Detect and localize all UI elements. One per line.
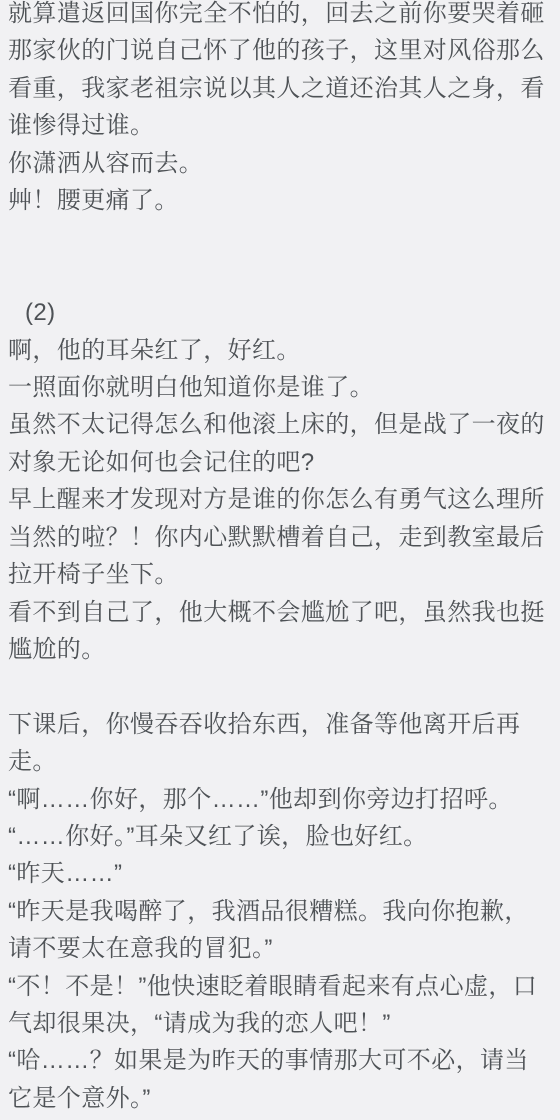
reading-content: 就算遣返回国你完全不怕的，回去之前你要哭着砸那家伙的门说自己怀了他的孩子，这里对… [0,0,560,1117]
paragraph: 啊，他的耳朵红了，好红。 [8,332,552,369]
paragraph: 一照面你就明白他知道你是谁了。 [8,369,552,406]
paragraph: “啊……你好，那个……”他却到你旁边打招呼。 [8,781,552,818]
paragraph: “不！不是！”他快速眨着眼睛看起来有点心虚，口气却很果决，“请成为我的恋人吧！” [8,968,552,1043]
reader-page: 就算遣返回国你完全不怕的，回去之前你要哭着砸那家伙的门说自己怀了他的孩子，这里对… [0,0,560,1120]
paragraph: 下课后，你慢吞吞收拾东西，准备等他离开后再走。 [8,706,552,781]
paragraph: 就算遣返回国你完全不怕的，回去之前你要哭着砸那家伙的门说自己怀了他的孩子，这里对… [8,0,552,145]
paragraph: “哈……？如果是为昨天的事情那大可不必，请当它是个意外。” [8,1042,552,1117]
paragraph: (2) [8,294,552,331]
blank-line [8,668,552,705]
paragraph: 艸！腰更痛了。 [8,182,552,219]
paragraph: 你潇洒从容而去。 [8,145,552,182]
paragraph: 早上醒来才发现对方是谁的你怎么有勇气这么理所当然的啦？！你内心默默槽着自己，走到… [8,481,552,593]
paragraph: 看不到自己了，他大概不会尴尬了吧，虽然我也挺尴尬的。 [8,594,552,669]
paragraph: “昨天……” [8,855,552,892]
paragraph: “昨天是我喝醉了，我酒品很糟糕。我向你抱歉，请不要太在意我的冒犯。” [8,893,552,968]
blank-line [8,219,552,256]
paragraph: “……你好。”耳朵又红了诶，脸也好红。 [8,818,552,855]
paragraph: 虽然不太记得怎么和他滚上床的，但是战了一夜的对象无论如何也会记住的吧? [8,406,552,481]
blank-line [8,257,552,294]
